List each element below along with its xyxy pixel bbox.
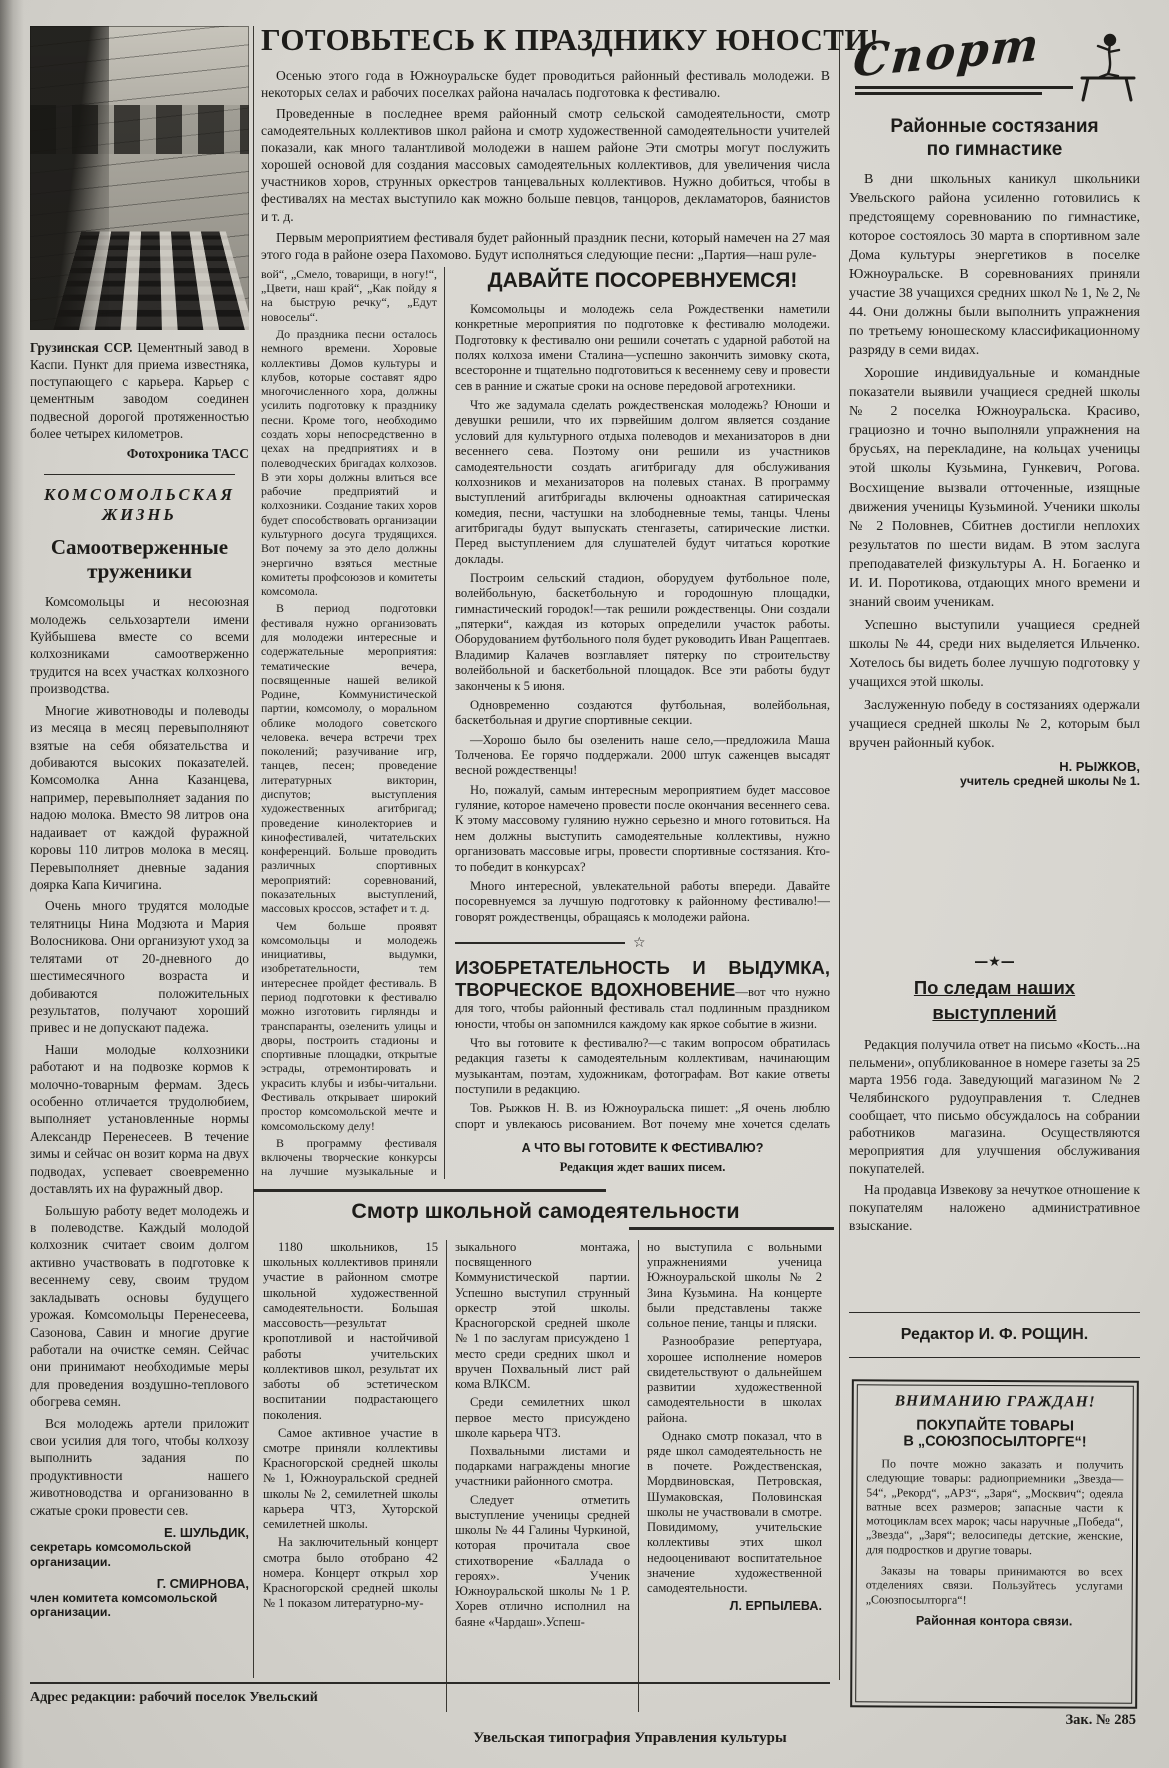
- article-paragraph: На заключительный концерт смотра было от…: [263, 1535, 438, 1611]
- ad-box-souzposyltorg: ВНИМАНИЮ ГРАЖДАН! ПОКУПАЙТЕ ТОВАРЫ В „СО…: [850, 1379, 1139, 1708]
- article-paragraph: Однако смотр показал, что в ряде школ са…: [647, 1429, 822, 1597]
- article-paragraph: В программу фестиваля включены творчески…: [261, 1136, 437, 1179]
- footer-address: Адрес редакции: рабочий поселок Увельски…: [30, 1690, 490, 1706]
- ad-paragraph: По почте можно заказать и получить следу…: [866, 1456, 1124, 1557]
- article-paragraph: Редакция получила ответ на письмо «Кость…: [849, 1036, 1140, 1177]
- article-paragraph: Но, пожалуй, самым интересным мероприяти…: [455, 783, 830, 875]
- article-paragraph: Разнообразие репертуара, хорошее исполне…: [647, 1334, 822, 1425]
- center-region: ГОТОВЬТЕСЬ К ПРАЗДНИКУ ЮНОСТИ! Осенью эт…: [261, 24, 830, 1739]
- article-body-toilers: Комсомольцы и несоюзная молодежь сельхоз…: [30, 593, 249, 1519]
- article-paragraph: вой“, „Смело, товарищи, в ногу!“, „Цвети…: [261, 267, 437, 324]
- article-paragraph: —Хорошо было бы озеленить наше село,—пре…: [455, 733, 830, 779]
- star-divider: ☆: [455, 935, 830, 951]
- footer-rule: [30, 1682, 830, 1684]
- article-paragraph: Большую работу ведет молодежь и в полево…: [30, 1202, 249, 1411]
- article-paragraph: Много интересной, увлекательной работы в…: [455, 879, 830, 925]
- article-paragraph: но выступила с вольными упражнениями уче…: [647, 1240, 822, 1331]
- call-title: А ЧТО ВЫ ГОТОВИТЕ К ФЕСТИВАЛЮ?: [455, 1141, 830, 1156]
- left-column: Грузинская ССР. Цементный завод в Каспи.…: [30, 26, 249, 1620]
- lead-paragraphs: Осенью этого года в Южноуральске будет п…: [261, 67, 830, 263]
- article-paragraph: Построим сельский стадион, оборудуем фут…: [455, 571, 830, 694]
- photo-credit: Фотохроника ТАСС: [30, 446, 249, 462]
- article-title-follow-up: По следам наших выступлений: [849, 976, 1140, 1026]
- article-paragraph: Вся молодежь артели приложит свои усилия…: [30, 1415, 249, 1520]
- ad-title-line: В „СОЮЗПОСЫЛТОРГЕ“!: [866, 1433, 1123, 1450]
- article-paragraph: В дни школьных каникул школьники Увельск…: [849, 170, 1140, 360]
- ad-signature: Районная контора связи.: [866, 1613, 1123, 1628]
- divider-line: [455, 942, 625, 944]
- page-edge-shadow: [0, 0, 24, 1768]
- photo-caption: Грузинская ССР. Цементный завод в Каспи.…: [30, 339, 249, 442]
- main-headline: ГОТОВЬТЕСЬ К ПРАЗДНИКУ ЮНОСТИ!: [261, 24, 830, 57]
- print-order-number: Зак. № 285: [1066, 1712, 1136, 1729]
- article-body-compete: Комсомольцы и молодежь села Рождественки…: [455, 302, 830, 929]
- gymnast-icon: [1074, 30, 1140, 104]
- newspaper-page: Грузинская ССР. Цементный завод в Каспи.…: [0, 0, 1169, 1768]
- right-column: Спорт Районные состязания: [849, 28, 1140, 1728]
- editor-line: Редактор И. Ф. РОЩИН.: [849, 1312, 1140, 1358]
- article-body-gymnastics: В дни школьных каникул школьники Увельск…: [849, 170, 1140, 960]
- article-lead-paragraph: ИЗОБРЕТАТЕЛЬНОСТЬ И ВЫДУМКА, ТВОРЧЕСКОЕ …: [455, 957, 830, 1032]
- article-paragraph: Одновременно создаются футбольная, волей…: [455, 698, 830, 729]
- article-paragraph: Среди семилетних школ первое место прису…: [455, 1395, 630, 1441]
- school-review-columns: 1180 школьников, 15 школьных коллективов…: [261, 1240, 830, 1712]
- sport-section-logo: Спорт: [853, 30, 1140, 110]
- article-paragraph: Проведенные в последнее время районный с…: [261, 105, 830, 225]
- article-paragraph: Заслуженную победу в состязаниях одержал…: [849, 696, 1140, 753]
- ad-body: По почте можно заказать и получить следу…: [866, 1456, 1124, 1607]
- article-paragraph: Комсомольцы и несоюзная молодежь сельхоз…: [30, 593, 249, 698]
- ad-title-line: ПОКУПАЙТЕ ТОВАРЫ: [867, 1417, 1124, 1434]
- article-paragraph: Очень много трудятся молодые телятницы Н…: [30, 897, 249, 1036]
- article-title-toilers: Самоотверженные труженики: [30, 535, 249, 583]
- ad-attention-line: ВНИМАНИЮ ГРАЖДАН!: [867, 1392, 1124, 1411]
- box-rule-bottom: [629, 1227, 834, 1230]
- call-subtitle: Редакция ждет ваших писем.: [455, 1160, 830, 1175]
- school-review-col-1: 1180 школьников, 15 школьных коллективов…: [261, 1240, 446, 1712]
- sport-logo-underline: [855, 86, 1073, 98]
- title-line: По следам наших: [849, 976, 1140, 1001]
- article-paragraph: Что вы готовите к фестивалю?—с таким воп…: [455, 1036, 830, 1097]
- article-paragraph: зыкального монтажа, посвященного Коммуни…: [455, 1240, 630, 1392]
- article-paragraph: Тов. Рыжков Н. В. из Южноуральска пишет:…: [455, 1101, 830, 1134]
- article-title-compete: ДАВАЙТЕ ПОСОРЕВНУЕМСЯ!: [455, 269, 830, 293]
- article-invention: ИЗОБРЕТАТЕЛЬНОСТЬ И ВЫДУМКА, ТВОРЧЕСКОЕ …: [455, 957, 830, 1134]
- photo-cement-plant: [30, 26, 249, 330]
- photo-dark-machinery: [30, 26, 109, 330]
- box-rule-top: [253, 1189, 606, 1192]
- article-paragraph: 1180 школьников, 15 школьных коллективов…: [263, 1240, 438, 1423]
- signature-name: Л. ЕРПЫЛЕВА.: [647, 1599, 822, 1613]
- title-line: Районные состязания: [849, 116, 1140, 139]
- column-rule-left: [253, 26, 254, 1678]
- article-paragraph: До праздника песни осталось немного врем…: [261, 327, 437, 598]
- signature-name: Н. РЫЖКОВ,: [849, 759, 1140, 774]
- photo-caption-text: Цементный завод в Каспи. Пункт для прием…: [30, 340, 249, 441]
- article-title-gymnastics: Районные состязания по гимнастике: [849, 116, 1140, 162]
- rubric-komsomol-life: КОМСОМОЛЬСКАЯ ЖИЗНЬ: [30, 485, 249, 525]
- footer-printer: Увельская типография Управления культуры: [340, 1730, 920, 1747]
- article-paragraph: Наши молодые колхозники работают и на по…: [30, 1041, 249, 1198]
- article-paragraph: В период подготовки фестиваля нужно орга…: [261, 601, 437, 915]
- article-paragraph: Комсомольцы и молодежь села Рождественки…: [455, 302, 830, 394]
- article-paragraph: Следует отметить выступление ученицы сре…: [455, 1493, 630, 1630]
- article-paragraph: Самое активное участие в смотре приняли …: [263, 1426, 438, 1533]
- section-divider: [44, 474, 235, 475]
- article-paragraph: Что же задумала сделать рождественская м…: [455, 398, 830, 567]
- star-icon: ☆: [633, 935, 646, 951]
- photo-caption-lead: Грузинская ССР.: [30, 340, 132, 355]
- middle-wide-column: ДАВАЙТЕ ПОСОРЕВНУЕМСЯ! Комсомольцы и мол…: [445, 267, 830, 1179]
- title-line: выступлений: [849, 1001, 1140, 1026]
- signature-role: член комитета комсомольской организации.: [30, 1591, 249, 1621]
- signature-name: Е. ШУЛЬДИК,: [30, 1525, 249, 1540]
- signature-role: учитель средней школы № 1.: [849, 774, 1140, 789]
- article-paragraph: Хорошие индивидуальные и командные показ…: [849, 364, 1140, 611]
- school-review-col-2: зыкального монтажа, посвященного Коммуни…: [447, 1240, 638, 1712]
- ad-paragraph: Заказы на товары принимаются во всех отд…: [866, 1563, 1123, 1607]
- article-paragraph: Похвальными листами и подарками награжде…: [455, 1444, 630, 1490]
- article-paragraph: Чем больше проявят комсомольцы и молодеж…: [261, 919, 437, 1133]
- festival-call: А ЧТО ВЫ ГОТОВИТЕ К ФЕСТИВАЛЮ? Редакция …: [455, 1134, 830, 1179]
- title-line: по гимнастике: [849, 139, 1140, 162]
- signature-name: Г. СМИРНОВА,: [30, 1576, 249, 1591]
- school-review-box: Смотр школьной самодеятельности 1180 шко…: [261, 1189, 830, 1739]
- article-body-follow-up: Редакция получила ответ на письмо «Кость…: [849, 1036, 1140, 1304]
- school-review-col-3: но выступила с вольными упражнениями уче…: [639, 1240, 830, 1712]
- article-paragraph: Осенью этого года в Южноуральске будет п…: [261, 67, 830, 101]
- signature-role: секретарь комсомольской организации.: [30, 1540, 249, 1570]
- article-paragraph: Первым мероприятием фестиваля будет райо…: [261, 229, 830, 263]
- sport-logo-text: Спорт: [851, 22, 1042, 84]
- article-paragraph: На продавца Извекову за нечуткое отношен…: [849, 1181, 1140, 1234]
- center-columns: вой“, „Смело, товарищи, в ногу!“, „Цвети…: [261, 267, 830, 1179]
- column-rule-right: [839, 30, 840, 1680]
- article-paragraph: Успешно выступили учащиеся средней школы…: [849, 616, 1140, 692]
- ad-box-inner: ВНИМАНИЮ ГРАЖДАН! ПОКУПАЙТЕ ТОВАРЫ В „СО…: [855, 1384, 1134, 1703]
- article-title-school-review: Смотр школьной самодеятельности: [261, 1199, 830, 1224]
- article-paragraph: Многие животноводы и полеводы из месяца …: [30, 702, 249, 894]
- lead-continuation-column: вой“, „Смело, товарищи, в ногу!“, „Цвети…: [261, 267, 444, 1179]
- star-divider: —★—: [849, 954, 1140, 970]
